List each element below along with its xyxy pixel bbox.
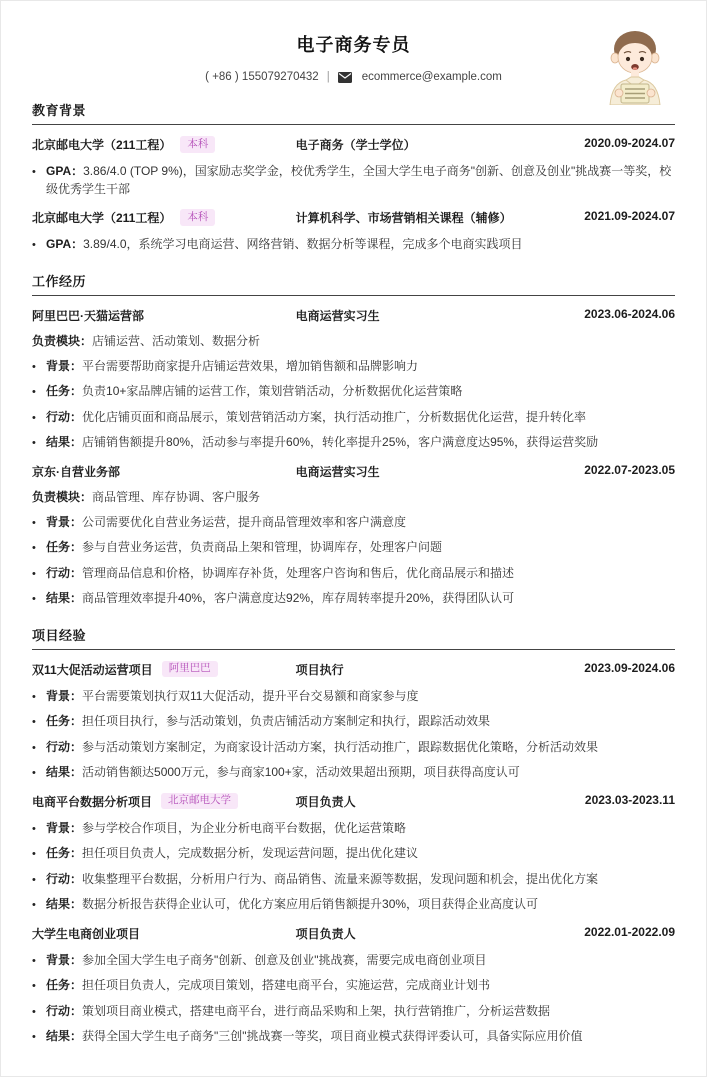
bullet-dot: [32, 895, 46, 914]
bullet-text: 参与活动策划方案制定，为商家设计活动方案，执行活动推广，跟踪数据优化策略，分析活…: [82, 740, 598, 754]
bullet-label: 背景：: [46, 953, 82, 967]
project-entry-header: 大学生电商创业项目 项目负责人 2022.01-2022.09: [32, 925, 675, 944]
date-range: 2021.09-2024.07: [584, 209, 675, 223]
separator: |: [327, 71, 330, 83]
bullet-label: 行动：: [46, 566, 82, 580]
section-projects: 项目经验 双11大促活动运营项目 阿里巴巴 项目执行 2023.09-2024.…: [32, 625, 675, 1046]
bullet: 背景：公司需要优化自营业务运营，提升商品管理效率和客户满意度: [32, 513, 675, 532]
bullet-label: GPA：: [46, 237, 83, 251]
contact-line: ( +86 ) 155079270432 | ecommerce@example…: [32, 71, 675, 83]
project-role: 项目执行: [296, 661, 344, 678]
bullet: 任务：参与自营业务运营，负责商品上架和管理，协调库存，处理客户问题: [32, 538, 675, 557]
bullet-text: 平台需要帮助商家提升店铺运营效果，增加销售额和品牌影响力: [82, 359, 418, 373]
phone-number: ( +86 ) 155079270432: [205, 71, 319, 83]
bullet-label: 结果：: [46, 435, 82, 449]
bullet-label: 结果：: [46, 1029, 82, 1043]
bullet-content: GPA：3.89/4.0，系统学习电商运营、网络营销、数据分析等课程，完成多个电…: [46, 235, 675, 254]
school-name: 北京邮电大学（211工程）: [32, 136, 171, 153]
project-entry: 大学生电商创业项目 项目负责人 2022.01-2022.09 背景：参加全国大…: [32, 925, 675, 1046]
bullet-text: 担任项目负责人，完成项目策划，搭建电商平台，实施运营，完成商业计划书: [82, 978, 490, 992]
email-address: ecommerce@example.com: [362, 71, 502, 83]
project-role: 项目负责人: [296, 793, 356, 810]
bullet-content: GPA：3.86/4.0 (TOP 9%)，国家励志奖学金，校优秀学生，全国大学…: [46, 162, 675, 198]
bullet-text: 策划项目商业模式，搭建电商平台，进行商品采购和上架，执行营销推广，分析运营数据: [82, 1004, 550, 1018]
bullet: 行动：收集整理平台数据，分析用户行为、商品销售、流量来源等数据，发现问题和机会，…: [32, 870, 675, 889]
bullet-text: 公司需要优化自营业务运营，提升商品管理效率和客户满意度: [82, 515, 406, 529]
education-entry: 北京邮电大学（211工程） 本科 计算机科学、市场营销相关课程（辅修） 2021…: [32, 209, 675, 254]
bullet-dot: [32, 162, 46, 198]
bullet: 背景：参与学校合作项目，为企业分析电商平台数据，优化运营策略: [32, 819, 675, 838]
bullet-dot: [32, 870, 46, 889]
program-name: 电子商务（学士学位）: [296, 136, 416, 153]
org-badge: 阿里巴巴: [162, 661, 218, 678]
bullet-label: 背景：: [46, 515, 82, 529]
bullet-dot: [32, 819, 46, 838]
bullet: 任务：负责10+家品牌店铺的运营工作，策划营销活动，分析数据优化运营策略: [32, 382, 675, 401]
bullet-dot: [32, 738, 46, 757]
bullet-label: 任务：: [46, 714, 82, 728]
module-text: 商品管理、库存协调、客户服务: [92, 490, 260, 504]
section-education: 教育背景 北京邮电大学（211工程） 本科 电子商务（学士学位） 2020.09…: [32, 100, 675, 254]
bullet-label: GPA：: [46, 164, 83, 178]
degree-badge: 本科: [180, 136, 215, 153]
work-entry-header: 阿里巴巴·天猫运营部 电商运营实习生 2023.06-2024.06: [32, 307, 675, 326]
bullet-text: 管理商品信息和价格，协调库存补货，处理客户咨询和售后，优化商品展示和描述: [82, 566, 514, 580]
project-name: 大学生电商创业项目: [32, 925, 140, 942]
program-name: 计算机科学、市场营销相关课程（辅修）: [296, 209, 512, 226]
bullet-dot: [32, 564, 46, 583]
bullet-text: 参与学校合作项目，为企业分析电商平台数据，优化运营策略: [82, 821, 406, 835]
date-range: 2023.06-2024.06: [584, 307, 675, 321]
school-name: 北京邮电大学（211工程）: [32, 209, 171, 226]
bullet: GPA：3.86/4.0 (TOP 9%)，国家励志奖学金，校优秀学生，全国大学…: [32, 162, 675, 198]
bullet: 任务：担任项目负责人，完成项目策划，搭建电商平台，实施运营，完成商业计划书: [32, 976, 675, 995]
module-line: 负责模块：店铺运营、活动策划、数据分析: [32, 332, 675, 350]
work-entry: 京东·自营业务部 电商运营实习生 2022.07-2023.05 负责模块：商品…: [32, 463, 675, 608]
bullet-text: 商品管理效率提升40%，客户满意度达92%，库存周转率提升20%，获得团队认可: [82, 591, 514, 605]
bullet-text: 参加全国大学生电子商务"创新、创意及创业"挑战赛，需要完成电商创业项目: [82, 953, 487, 967]
bullet-text: 平台需要策划执行双11大促活动，提升平台交易额和商家参与度: [82, 689, 418, 703]
project-role: 项目负责人: [296, 925, 356, 942]
bullet-dot: [32, 513, 46, 532]
bullet-dot: [32, 687, 46, 706]
date-range: 2020.09-2024.07: [584, 136, 675, 150]
education-entry-header: 北京邮电大学（211工程） 本科 计算机科学、市场营销相关课程（辅修） 2021…: [32, 209, 675, 228]
bullet: 结果：获得全国大学生电子商务"三创"挑战赛一等奖，项目商业模式获得评委认可，具备…: [32, 1027, 675, 1046]
bullet-dot: [32, 763, 46, 782]
bullet: 行动：策划项目商业模式，搭建电商平台，进行商品采购和上架，执行营销推广，分析运营…: [32, 1002, 675, 1021]
bullet: 背景：平台需要策划执行双11大促活动，提升平台交易额和商家参与度: [32, 687, 675, 706]
project-entry-header: 双11大促活动运营项目 阿里巴巴 项目执行 2023.09-2024.06: [32, 661, 675, 680]
education-entry: 北京邮电大学（211工程） 本科 电子商务（学士学位） 2020.09-2024…: [32, 136, 675, 198]
bullet-label: 任务：: [46, 978, 82, 992]
bullet-text: 获得全国大学生电子商务"三创"挑战赛一等奖，项目商业模式获得评委认可，具备实际应…: [82, 1029, 583, 1043]
date-range: 2022.07-2023.05: [584, 463, 675, 477]
bullet-dot: [32, 844, 46, 863]
section-title-projects: 项目经验: [32, 625, 675, 650]
bullet-dot: [32, 382, 46, 401]
bullet-label: 背景：: [46, 359, 82, 373]
bullet-label: 任务：: [46, 846, 82, 860]
bullet-dot: [32, 1027, 46, 1046]
bullet: 行动：优化店铺页面和商品展示，策划营销活动方案，执行活动推广，分析数据优化运营，…: [32, 408, 675, 427]
date-range: 2023.09-2024.06: [584, 661, 675, 675]
bullet-text: 活动销售额达5000万元，参与商家100+家，活动效果超出预期，项目获得高度认可: [82, 765, 520, 779]
bullet-label: 结果：: [46, 897, 82, 911]
module-label: 负责模块：: [32, 334, 92, 348]
bullet: 任务：担任项目负责人，完成数据分析，发现运营问题，提出优化建议: [32, 844, 675, 863]
company-name: 阿里巴巴·天猫运营部: [32, 307, 144, 324]
project-entry-header: 电商平台数据分析项目 北京邮电大学 项目负责人 2023.03-2023.11: [32, 793, 675, 812]
bullet-dot: [32, 538, 46, 557]
bullet-dot: [32, 589, 46, 608]
job-title: 电商运营实习生: [296, 307, 380, 324]
bullet-label: 行动：: [46, 872, 82, 886]
bullet-text: 3.86/4.0 (TOP 9%)，国家励志奖学金，校优秀学生，全国大学生电子商…: [46, 164, 671, 196]
project-entry: 双11大促活动运营项目 阿里巴巴 项目执行 2023.09-2024.06 背景…: [32, 661, 675, 782]
work-entry-header: 京东·自营业务部 电商运营实习生 2022.07-2023.05: [32, 463, 675, 482]
bullet-label: 行动：: [46, 740, 82, 754]
bullet-label: 任务：: [46, 384, 82, 398]
bullet-label: 任务：: [46, 540, 82, 554]
bullet-dot: [32, 433, 46, 452]
bullet: 背景：平台需要帮助商家提升店铺运营效果，增加销售额和品牌影响力: [32, 357, 675, 376]
date-range: 2022.01-2022.09: [584, 925, 675, 939]
project-name: 电商平台数据分析项目: [32, 793, 152, 810]
module-line: 负责模块：商品管理、库存协调、客户服务: [32, 488, 675, 506]
bullet: GPA：3.89/4.0，系统学习电商运营、网络营销、数据分析等课程，完成多个电…: [32, 235, 675, 254]
company-name: 京东·自营业务部: [32, 463, 120, 480]
section-work: 工作经历 阿里巴巴·天猫运营部 电商运营实习生 2023.06-2024.06 …: [32, 271, 675, 608]
bullet: 结果：商品管理效率提升40%，客户满意度达92%，库存周转率提升20%，获得团队…: [32, 589, 675, 608]
bullet-label: 行动：: [46, 410, 82, 424]
bullet: 结果：店铺销售额提升80%，活动参与率提升60%，转化率提升25%，客户满意度达…: [32, 433, 675, 452]
bullet-text: 担任项目负责人，完成数据分析，发现运营问题，提出优化建议: [82, 846, 418, 860]
bullet-text: 参与自营业务运营，负责商品上架和管理，协调库存，处理客户问题: [82, 540, 442, 554]
bullet-dot: [32, 408, 46, 427]
bullet-label: 背景：: [46, 821, 82, 835]
bullet-text: 优化店铺页面和商品展示，策划营销活动方案，执行活动推广，分析数据优化运营，提升转…: [82, 410, 586, 424]
project-entry: 电商平台数据分析项目 北京邮电大学 项目负责人 2023.03-2023.11 …: [32, 793, 675, 914]
job-title: 电商运营实习生: [296, 463, 380, 480]
project-name: 双11大促活动运营项目: [32, 661, 153, 678]
bullet-dot: [32, 1002, 46, 1021]
bullet-text: 店铺销售额提升80%，活动参与率提升60%，转化率提升25%，客户满意度达95%…: [82, 435, 598, 449]
module-text: 店铺运营、活动策划、数据分析: [92, 334, 260, 348]
bullet-dot: [32, 951, 46, 970]
bullet-label: 行动：: [46, 1004, 82, 1018]
bullet-text: 负责10+家品牌店铺的运营工作，策划营销活动，分析数据优化运营策略: [82, 384, 462, 398]
bullet: 结果：活动销售额达5000万元，参与商家100+家，活动效果超出预期，项目获得高…: [32, 763, 675, 782]
bullet: 结果：数据分析报告获得企业认可，优化方案应用后销售额提升30%，项目获得企业高度…: [32, 895, 675, 914]
avatar: [598, 25, 672, 105]
module-label: 负责模块：: [32, 490, 92, 504]
education-entry-header: 北京邮电大学（211工程） 本科 电子商务（学士学位） 2020.09-2024…: [32, 136, 675, 155]
bullet-label: 结果：: [46, 591, 82, 605]
bullet: 背景：参加全国大学生电子商务"创新、创意及创业"挑战赛，需要完成电商创业项目: [32, 951, 675, 970]
bullet: 行动：参与活动策划方案制定，为商家设计活动方案，执行活动推广，跟踪数据优化策略，…: [32, 738, 675, 757]
work-entry: 阿里巴巴·天猫运营部 电商运营实习生 2023.06-2024.06 负责模块：…: [32, 307, 675, 452]
section-title-work: 工作经历: [32, 271, 675, 296]
bullet: 行动：管理商品信息和价格，协调库存补货，处理客户咨询和售后，优化商品展示和描述: [32, 564, 675, 583]
bullet-dot: [32, 976, 46, 995]
bullet-text: 收集整理平台数据，分析用户行为、商品销售、流量来源等数据，发现问题和机会，提出优…: [82, 872, 598, 886]
degree-badge: 本科: [180, 209, 215, 226]
date-range: 2023.03-2023.11: [585, 793, 675, 807]
email-icon: [338, 72, 352, 83]
bullet-dot: [32, 357, 46, 376]
bullet-text: 数据分析报告获得企业认可，优化方案应用后销售额提升30%，项目获得企业高度认可: [82, 897, 538, 911]
bullet-dot: [32, 235, 46, 254]
bullet-dot: [32, 712, 46, 731]
org-badge: 北京邮电大学: [161, 793, 238, 810]
page-title: 电子商务专员: [32, 31, 675, 57]
section-title-education: 教育背景: [32, 100, 675, 125]
bullet-text: 担任项目执行，参与活动策划，负责店铺活动方案制定和执行，跟踪活动效果: [82, 714, 490, 728]
bullet-label: 背景：: [46, 689, 82, 703]
bullet-label: 结果：: [46, 765, 82, 779]
bullet: 任务：担任项目执行，参与活动策划，负责店铺活动方案制定和执行，跟踪活动效果: [32, 712, 675, 731]
bullet-text: 3.89/4.0，系统学习电商运营、网络营销、数据分析等课程，完成多个电商实践项…: [83, 237, 522, 251]
